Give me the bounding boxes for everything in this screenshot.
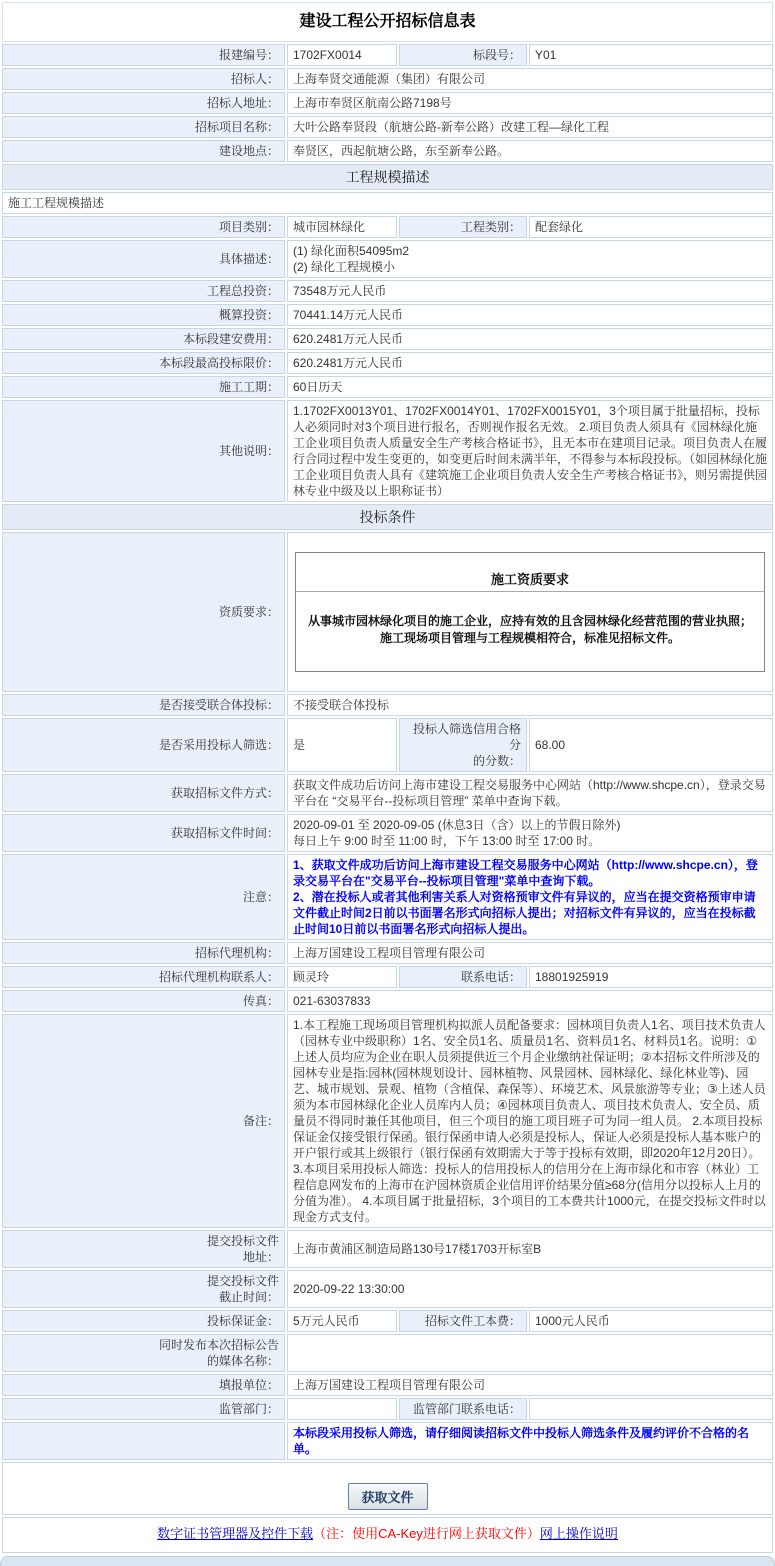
bid-bond-value: 5万元人民币 [287,1310,397,1332]
qualification-box-title: 施工资质要求 [296,569,764,592]
row-screening-notice: 本标段采用投标人筛选，请仔细阅读招标文件中投标人筛选条件及履约评价不合格的名单。 [2,1422,773,1460]
filling-unit-value: 上海万国建设工程项目管理有限公司 [287,1374,773,1396]
tenderer-addr-label: 招标人地址： [2,92,285,114]
row-tenderer: 招标人： 上海奉贤交通能源（集团）有限公司 [2,68,773,90]
submit-addr-value: 上海市黄浦区制造局路130号17楼1703开标室B [287,1230,773,1268]
section-scale-header-row: 工程规模描述 [2,164,773,190]
online-guide-link[interactable]: 网上操作说明 [540,1526,618,1541]
section-bid-header-row: 投标条件 [2,504,773,530]
regulator-phone-value [529,1398,773,1420]
reg-no-label: 报建编号： [2,44,285,66]
row-max-bid-price: 本标段最高投标限价： 620.2481万元人民币 [2,352,773,374]
doc-method-label: 获取招标文件方式： [2,774,285,812]
max-bid-price-label: 本标段最高投标限价： [2,352,285,374]
get-file-button[interactable]: 获取文件 [348,1483,428,1510]
section-no-value: Y01 [529,44,773,66]
row-filling-unit: 填报单位： 上海万国建设工程项目管理有限公司 [2,1374,773,1396]
row-consortium: 是否接受联合体投标： 不接受联合体投标 [2,694,773,716]
section-header-scale: 工程规模描述 [2,164,773,190]
submit-deadline-value: 2020-09-22 13:30:00 [287,1270,773,1308]
attention-label: 注意： [2,854,285,940]
row-other-notes: 其他说明： 1.1702FX0013Y01、1702FX0014Y01、1702… [2,400,773,502]
detail-desc-value: (1) 绿化面积54095m2 (2) 绿化工程规模小 [287,240,773,278]
qualification-value: 施工资质要求 从事城市园林绿化项目的施工企业，应持有效的且含园林绿化经营范围的营… [287,532,773,692]
row-submit-addr: 提交投标文件 地址： 上海市黄浦区制造局路130号17楼1703开标室B [2,1230,773,1268]
cert-download-link[interactable]: 数字证书管理器及控件下载 [157,1526,313,1541]
row-location: 建设地点： 奉贤区，西起航塘公路，东至新奉公路。 [2,140,773,162]
regulator-value [287,1398,397,1420]
row-doc-method: 获取招标文件方式： 获取文件成功后访问上海市建设工程交易服务中心网站（http:… [2,774,773,812]
footer-links-cell: 数字证书管理器及控件下载（注：使用CA-Key进行网上获取文件）网上操作说明 [2,1517,773,1553]
total-investment-value: 73548万元人民币 [287,280,773,302]
bottom-bar [0,1556,775,1566]
construction-cost-label: 本标段建安费用： [2,328,285,350]
consortium-label: 是否接受联合体投标： [2,694,285,716]
section-header-bid-conditions: 投标条件 [2,504,773,530]
qualification-box: 施工资质要求 从事城市园林绿化项目的施工企业，应持有效的且含园林绿化经营范围的营… [295,552,765,672]
get-file-button-cell: 获取文件 [2,1462,773,1515]
row-total-investment: 工程总投资： 73548万元人民币 [2,280,773,302]
tenderer-addr-value: 上海市奉贤区航南公路7198号 [287,92,773,114]
agency-label: 招标代理机构： [2,942,285,964]
row-project-name: 招标项目名称： 大叶公路奉贤段（航塘公路-新奉公路）改建工程—绿化工程 [2,116,773,138]
project-category-value: 城市园林绿化 [287,216,397,238]
qualification-box-body: 从事城市园林绿化项目的施工企业，应持有效的且含园林绿化经营范围的营业执照；施工现… [296,608,764,655]
row-period: 施工工期： 60日历天 [2,376,773,398]
fax-label: 传真： [2,990,285,1012]
row-media: 同时发布本次招标公告 的媒体名称： [2,1334,773,1372]
doc-method-value: 获取文件成功后访问上海市建设工程交易服务中心网站（http://www.shcp… [287,774,773,812]
row-footer-links: 数字证书管理器及控件下载（注：使用CA-Key进行网上获取文件）网上操作说明 [2,1517,773,1553]
row-tenderer-addr: 招标人地址： 上海市奉贤区航南公路7198号 [2,92,773,114]
section-no-label: 标段号： [399,44,527,66]
row-screening: 是否采用投标人筛选： 是 投标人筛选信用合格分 的分数： 68.00 [2,718,773,772]
doc-time-label: 获取招标文件时间： [2,814,285,852]
location-label: 建设地点： [2,140,285,162]
row-agency-contact: 招标代理机构联系人： 顾灵玲 联系电话： 18801925919 [2,966,773,988]
row-construction-cost: 本标段建安费用： 620.2481万元人民币 [2,328,773,350]
estimate-invest-value: 70441.14万元人民币 [287,304,773,326]
doc-fee-label: 招标文件工本费： [399,1310,527,1332]
other-notes-value: 1.1702FX0013Y01、1702FX0014Y01、1702FX0015… [287,400,773,502]
project-name-label: 招标项目名称： [2,116,285,138]
doc-time-value: 2020-09-01 至 2020-09-05 (休息3日（含）以上的节假日除外… [287,814,773,852]
tenderer-label: 招标人： [2,68,285,90]
title-row: 建设工程公开招标信息表 [2,2,773,42]
qualification-label: 资质要求： [2,532,285,692]
reg-no-value: 1702FX0014 [287,44,397,66]
max-bid-price-value: 620.2481万元人民币 [287,352,773,374]
row-scale-desc-header: 施工工程规模描述 [2,192,773,214]
project-type-value: 配套绿化 [529,216,773,238]
media-value [287,1334,773,1372]
project-name-value: 大叶公路奉贤段（航塘公路-新奉公路）改建工程—绿化工程 [287,116,773,138]
remarks-value: 1.本工程施工现场项目管理机构拟派人员配备要求：园林项目负责人1名、项目技术负责… [287,1014,773,1228]
estimate-invest-label: 概算投资： [2,304,285,326]
filling-unit-label: 填报单位： [2,1374,285,1396]
screening-score-value: 68.00 [529,718,773,772]
row-doc-time: 获取招标文件时间： 2020-09-01 至 2020-09-05 (休息3日（… [2,814,773,852]
contact-phone-value: 18801925919 [529,966,773,988]
attention-value: 1、获取文件成功后访问上海市建设工程交易服务中心网站（http://www.sh… [287,854,773,940]
agency-contact-label: 招标代理机构联系人： [2,966,285,988]
ca-key-note: （注：使用CA-Key进行网上获取文件） [313,1526,540,1541]
agency-value: 上海万国建设工程项目管理有限公司 [287,942,773,964]
contact-phone-label: 联系电话： [399,966,527,988]
bid-info-table: 建设工程公开招标信息表 报建编号： 1702FX0014 标段号： Y01 招标… [0,0,775,1555]
screening-label: 是否采用投标人筛选： [2,718,285,772]
fax-value: 021-63037833 [287,990,773,1012]
consortium-value: 不接受联合体投标 [287,694,773,716]
tenderer-value: 上海奉贤交通能源（集团）有限公司 [287,68,773,90]
row-submit-deadline: 提交投标文件 截止时间： 2020-09-22 13:30:00 [2,1270,773,1308]
total-investment-label: 工程总投资： [2,280,285,302]
other-notes-label: 其他说明： [2,400,285,502]
project-category-label: 项目类别： [2,216,285,238]
page-title: 建设工程公开招标信息表 [2,2,773,42]
row-get-file-button: 获取文件 [2,1462,773,1515]
doc-fee-value: 1000元人民币 [529,1310,773,1332]
row-attention: 注意： 1、获取文件成功后访问上海市建设工程交易服务中心网站（http://ww… [2,854,773,940]
media-label: 同时发布本次招标公告 的媒体名称： [2,1334,285,1372]
regulator-phone-label: 监管部门联系电话： [399,1398,527,1420]
screening-value: 是 [287,718,397,772]
remarks-label: 备注： [2,1014,285,1228]
regulator-label: 监管部门： [2,1398,285,1420]
row-qualification: 资质要求： 施工资质要求 从事城市园林绿化项目的施工企业，应持有效的且含园林绿化… [2,532,773,692]
row-agency: 招标代理机构： 上海万国建设工程项目管理有限公司 [2,942,773,964]
row-remarks: 备注： 1.本工程施工现场项目管理机构拟派人员配备要求：园林项目负责人1名、项目… [2,1014,773,1228]
row-regulator: 监管部门： 监管部门联系电话： [2,1398,773,1420]
agency-contact-value: 顾灵玲 [287,966,397,988]
scale-desc-header: 施工工程规模描述 [2,192,773,214]
screening-notice-text: 本标段采用投标人筛选，请仔细阅读招标文件中投标人筛选条件及履约评价不合格的名单。 [287,1422,773,1460]
bid-bond-label: 投标保证金： [2,1310,285,1332]
screening-score-label: 投标人筛选信用合格分 的分数： [399,718,527,772]
row-bid-bond: 投标保证金： 5万元人民币 招标文件工本费： 1000元人民币 [2,1310,773,1332]
period-label: 施工工期： [2,376,285,398]
screening-notice-empty-label [2,1422,285,1460]
row-detail-desc: 具体描述： (1) 绿化面积54095m2 (2) 绿化工程规模小 [2,240,773,278]
construction-cost-value: 620.2481万元人民币 [287,328,773,350]
submit-addr-label: 提交投标文件 地址： [2,1230,285,1268]
project-type-label: 工程类别： [399,216,527,238]
row-reg-no: 报建编号： 1702FX0014 标段号： Y01 [2,44,773,66]
location-value: 奉贤区，西起航塘公路，东至新奉公路。 [287,140,773,162]
period-value: 60日历天 [287,376,773,398]
row-category: 项目类别： 城市园林绿化 工程类别： 配套绿化 [2,216,773,238]
row-estimate-invest: 概算投资： 70441.14万元人民币 [2,304,773,326]
row-fax: 传真： 021-63037833 [2,990,773,1012]
detail-desc-label: 具体描述： [2,240,285,278]
submit-deadline-label: 提交投标文件 截止时间： [2,1270,285,1308]
